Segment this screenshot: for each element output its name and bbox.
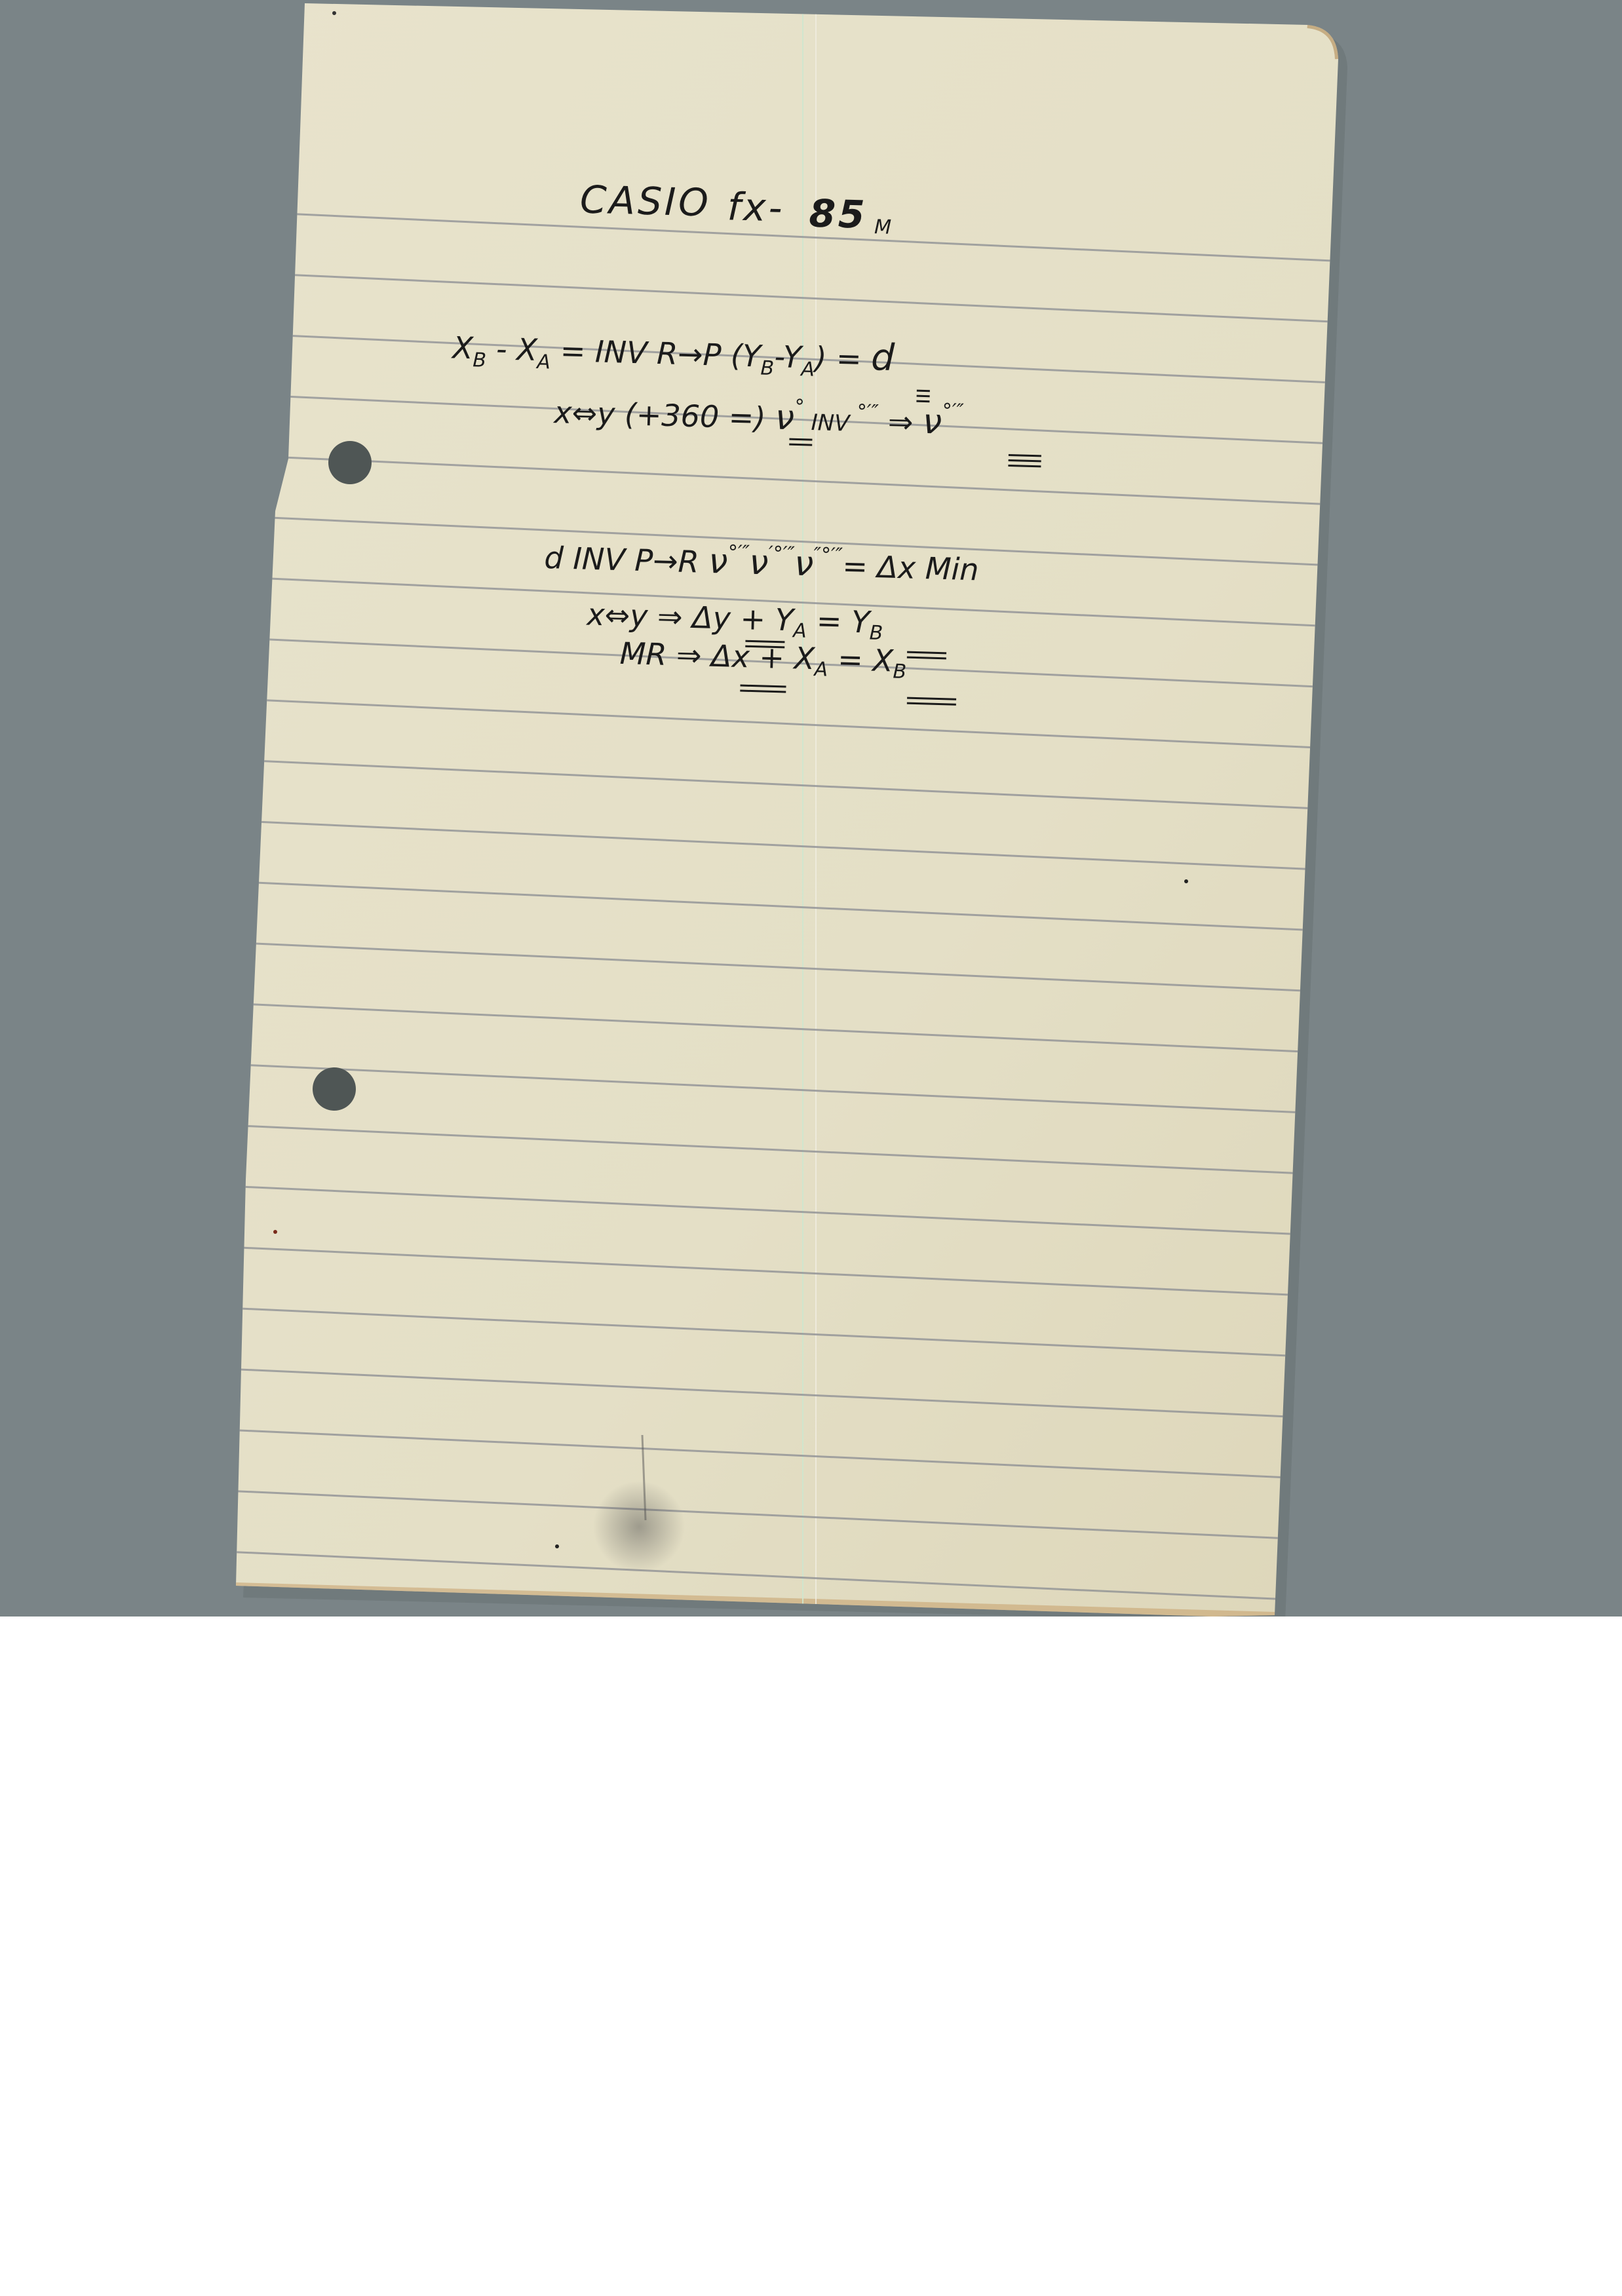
title-brand: CASIO [579,177,711,225]
scan-area: CASIO fx- 85 M XB - XA = INV R→P (YB-YA)… [0,0,1622,1617]
blank-page-area [0,1617,1622,2296]
l1-lhs: X [451,330,474,366]
title-model-suffix: M [874,216,892,239]
title-model-number: 85 [809,191,868,237]
punch-hole-bottom [313,1067,356,1111]
title-model-prefix: fx- [727,184,785,230]
smudge-mark [593,1481,685,1573]
paper-sheet-svg: CASIO fx- 85 M XB - XA = INV R→P (YB-YA)… [0,0,1622,1617]
punch-hole-top [328,441,372,484]
l1-result-d: d [870,336,895,379]
paper [197,0,1376,1617]
